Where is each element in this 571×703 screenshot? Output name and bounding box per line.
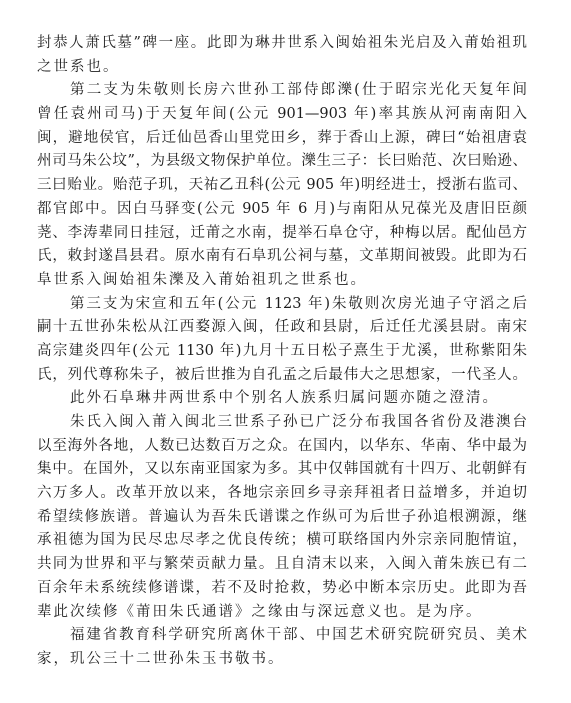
text-line: 之世系也。 [37,56,527,80]
paragraph-distribution: 朱氏入闽入莆入闽北三世系子孙已广泛分布我国各省份及港澳台 以至海外各地，人数已达… [37,411,527,624]
text-line: 高宗建炎四年(公元 1130 年)九月十五日松子熹生于尤溪，世称紫阳朱 [37,340,527,364]
text-line: 此外石阜琳井两世系中个别名人族系归属问题亦随之澄清。 [37,387,527,411]
text-line: 三曰贻业。贻范子玑，天祐乙丑科(公元 905 年)明经进士，授浙右监司、 [37,174,527,198]
text-line: 六万多人。改革开放以来，各地宗亲回乡寻亲拜祖者日益增多，并迫切 [37,482,527,506]
paragraph-second-branch: 第二支为朱敬则长房六世孙工部侍郎濼(仕于昭宗光化天复年间 曾任袁州司马)于天复年… [37,79,527,292]
text-line: 嗣十五世孙朱松从江西婺源入闽，任政和县尉，后迁任尤溪县尉。南宋 [37,316,527,340]
text-line: 封恭人萧氏墓”碑一座。此即为琳井世系入闽始祖朱光启及入莆始祖玑 [37,32,527,56]
text-line: 氏，列代尊称朱子，被后世推为自孔孟之后最伟大之思想家，一代圣人。 [37,364,527,388]
paragraph-signature: 福建省教育科学研究所离休干部、中国艺术研究院研究员、美术 家，玑公三十二世孙朱玉… [37,624,527,671]
text-line: 氏，敕封遂昌县君。原水南有石阜玑公祠与墓，文革期间被毁。此即为石 [37,245,527,269]
text-line: 阜世系入闽始祖朱濼及入莆始祖玑之世系也。 [37,269,527,293]
paragraph-clarification: 此外石阜琳井两世系中个别名人族系归属问题亦随之澄清。 [37,387,527,411]
text-line: 荛、李涛辈同日挂冠，迁莆之水南，提举石阜仓守，种梅以居。配仙邑方 [37,222,527,246]
text-line: 曾任袁州司马)于天复年间(公元 901—903 年)率其族从河南南阳入 [37,103,527,127]
text-line: 闽，避地侯官，后迁仙邑香山里党田乡，葬于香山上源，碑曰“始祖唐袁 [37,127,527,151]
text-line: 集中。在国外，又以东南亚国家为多。其中仅韩国就有十四万、北朝鲜有 [37,458,527,482]
document-page: 封恭人萧氏墓”碑一座。此即为琳井世系入闽始祖朱光启及入莆始祖玑 之世系也。 第二… [37,32,527,672]
text-line: 共同为世界和平与繁荣贡献力量。且自清末以来，入闽入莆朱族已有二 [37,553,527,577]
text-line: 百余年未系统续修谱谍，若不及时抢救，势必中断本宗历史。此即为吾 [37,577,527,601]
text-line: 承祖德为国为民尽忠尽孝之优良传统；横可联络国内外宗亲同胞情谊， [37,529,527,553]
text-line: 辈此次续修《莆田朱氏通谱》之缘由与深远意义也。是为序。 [37,601,527,625]
text-line: 朱氏入闽入莆入闽北三世系子孙已广泛分布我国各省份及港澳台 [37,411,527,435]
paragraph-third-branch: 第三支为宋宣和五年(公元 1123 年)朱敬则次房光迪子守滔之后 嗣十五世孙朱松… [37,293,527,388]
signature-line: 家，玑公三十二世孙朱玉书敬书。 [37,648,527,672]
text-line: 第三支为宋宣和五年(公元 1123 年)朱敬则次房光迪子守滔之后 [37,293,527,317]
paragraph-continuation: 封恭人萧氏墓”碑一座。此即为琳井世系入闽始祖朱光启及入莆始祖玑 之世系也。 [37,32,527,79]
text-line: 第二支为朱敬则长房六世孙工部侍郎濼(仕于昭宗光化天复年间 [37,79,527,103]
text-line: 州司马朱公坟”，为县级文物保护单位。濼生三子：长曰贻范、次曰贻逊、 [37,150,527,174]
signature-line: 福建省教育科学研究所离休干部、中国艺术研究院研究员、美术 [37,624,527,648]
text-line: 以至海外各地，人数已达数百万之众。在国内，以华东、华南、华中最为 [37,435,527,459]
text-line: 都官郎中。因白马驿变(公元 905 年 6 月)与南阳从兄葆光及唐旧臣颜 [37,198,527,222]
text-line: 希望续修族谱。普遍认为吾朱氏谱谍之作纵可为后世子孙追根溯源，继 [37,506,527,530]
